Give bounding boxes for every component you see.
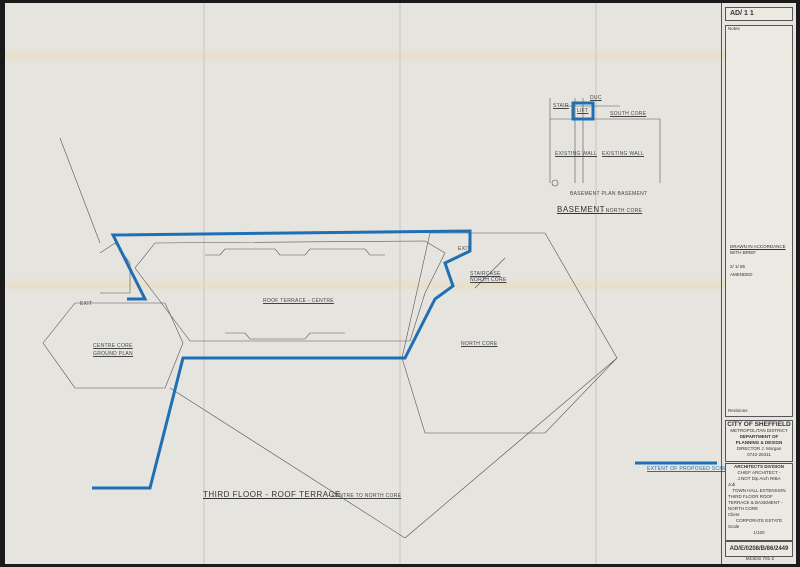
exit-label: EXIT — [80, 301, 92, 307]
room-label: STAIR — [553, 103, 569, 109]
room-label: LIFT — [577, 108, 588, 114]
floor-plan-drawing — [5, 3, 721, 564]
centre-core-label: CENTRE CORE — [93, 343, 133, 349]
room-label: SOUTH CORE — [610, 111, 646, 117]
third-floor-title: THIRD FLOOR - ROOF TERRACE — [203, 490, 341, 499]
drawing-sheet: STAIR LIFT SOUTH CORE DUC EXISTING WALL … — [5, 3, 796, 564]
notes-box: Notes DRAWN IN ACCORDANCE WITH BRIEF 2/ … — [725, 25, 793, 417]
staircase-sublabel: NORTH CORE — [470, 277, 507, 283]
room-label: DUC — [590, 95, 602, 101]
third-floor-subtitle: - CENTRE TO NORTH CORE — [328, 493, 401, 499]
north-core-label: NORTH CORE — [461, 341, 498, 347]
wall-label: EXISTING WALL — [555, 151, 597, 157]
footer-code: MC/EX/ 701-2 — [727, 556, 793, 562]
exit-label: EXIT — [458, 246, 470, 252]
wall-label: EXISTING WALL — [602, 151, 644, 157]
basement-caption: BASEMENT PLAN BASEMENT — [570, 191, 647, 197]
basement-title: BASEMENT — [557, 205, 605, 214]
drawing-number-box: AD/E/0208/B/86/2449 — [725, 541, 793, 557]
project-box: ARCHITECTS DIVISION CHIEF ARCHITECT - J.… — [725, 463, 793, 541]
centre-core-sublabel: GROUND PLAN — [93, 351, 133, 357]
basement-subtitle: - NORTH CORE — [602, 208, 642, 214]
roof-terrace-label: ROOF TERRACE - CENTRE — [263, 298, 334, 304]
drawing-number-top: AD/ 1 1 — [725, 7, 793, 21]
city-box: CITY OF SHEFFIELD METROPOLITAN DISTRICT … — [725, 420, 793, 462]
